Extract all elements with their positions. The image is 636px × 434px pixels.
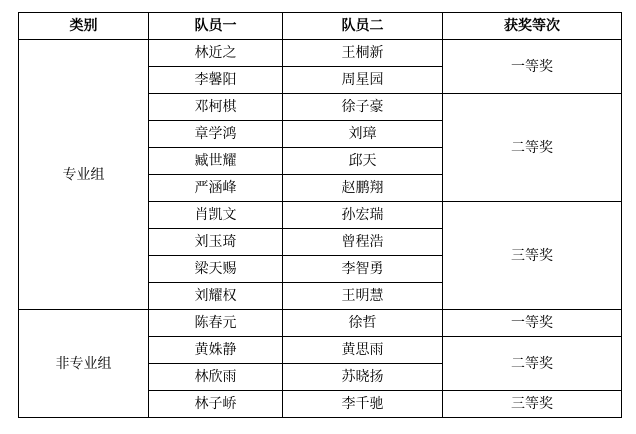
member2-cell: 刘璋 bbox=[283, 121, 443, 148]
table-row: 专业组 林近之 王桐新 一等奖 bbox=[19, 40, 622, 67]
member2-cell: 赵鹏翔 bbox=[283, 175, 443, 202]
member1-cell: 刘耀权 bbox=[149, 283, 283, 310]
category-cell: 非专业组 bbox=[19, 310, 149, 418]
member1-cell: 林子峤 bbox=[149, 391, 283, 418]
member2-cell: 周星园 bbox=[283, 67, 443, 94]
member1-cell: 严涵峰 bbox=[149, 175, 283, 202]
member2-cell: 李智勇 bbox=[283, 256, 443, 283]
member1-cell: 邓柯棋 bbox=[149, 94, 283, 121]
member2-cell: 苏晓扬 bbox=[283, 364, 443, 391]
award-cell: 三等奖 bbox=[443, 391, 622, 418]
header-category: 类别 bbox=[19, 13, 149, 40]
header-award: 获奖等次 bbox=[443, 13, 622, 40]
member2-cell: 王桐新 bbox=[283, 40, 443, 67]
member1-cell: 臧世耀 bbox=[149, 148, 283, 175]
member2-cell: 徐子豪 bbox=[283, 94, 443, 121]
table-row: 非专业组 陈春元 徐哲 一等奖 bbox=[19, 310, 622, 337]
member1-cell: 肖凯文 bbox=[149, 202, 283, 229]
member2-cell: 邱天 bbox=[283, 148, 443, 175]
member1-cell: 刘玉琦 bbox=[149, 229, 283, 256]
header-row: 类别 队员一 队员二 获奖等次 bbox=[19, 13, 622, 40]
member2-cell: 黄思雨 bbox=[283, 337, 443, 364]
member1-cell: 李馨阳 bbox=[149, 67, 283, 94]
member1-cell: 黄姝静 bbox=[149, 337, 283, 364]
category-cell: 专业组 bbox=[19, 40, 149, 310]
member1-cell: 林近之 bbox=[149, 40, 283, 67]
member2-cell: 曾程浩 bbox=[283, 229, 443, 256]
award-cell: 三等奖 bbox=[443, 202, 622, 310]
award-cell: 一等奖 bbox=[443, 40, 622, 94]
header-member1: 队员一 bbox=[149, 13, 283, 40]
member1-cell: 梁天赐 bbox=[149, 256, 283, 283]
member1-cell: 章学鸿 bbox=[149, 121, 283, 148]
member1-cell: 林欣雨 bbox=[149, 364, 283, 391]
award-cell: 一等奖 bbox=[443, 310, 622, 337]
award-cell: 二等奖 bbox=[443, 94, 622, 202]
header-member2: 队员二 bbox=[283, 13, 443, 40]
member1-cell: 陈春元 bbox=[149, 310, 283, 337]
awards-table: 类别 队员一 队员二 获奖等次 专业组 林近之 王桐新 一等奖 李馨阳 周星园 … bbox=[18, 12, 622, 418]
award-cell: 二等奖 bbox=[443, 337, 622, 391]
member2-cell: 孙宏瑞 bbox=[283, 202, 443, 229]
member2-cell: 徐哲 bbox=[283, 310, 443, 337]
member2-cell: 李千驰 bbox=[283, 391, 443, 418]
member2-cell: 王明慧 bbox=[283, 283, 443, 310]
